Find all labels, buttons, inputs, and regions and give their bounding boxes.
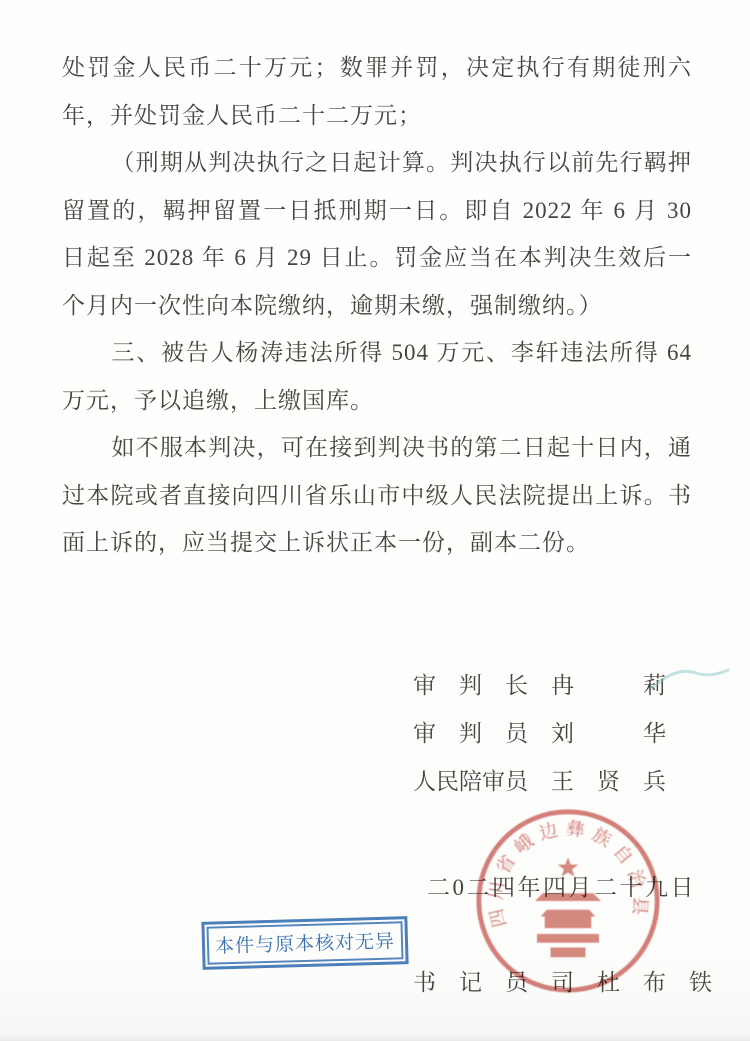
court-judgment-scanned-page: 处罚金人民币二十万元；数罪并罚，决定执行有期徒刑六年，并处罚金人民币二十二万元；… <box>0 0 750 1041</box>
svg-text:四川省峨边彝族自治县人民法院: 四川省峨边彝族自治县人民法院 <box>473 806 650 929</box>
verification-stamp-text: 本件与原本核对无异 <box>207 921 404 964</box>
signature-block: 审 判 长 冉 莉 审 判 员 刘 华 人民陪审员 王 贤 兵 <box>413 662 666 806</box>
signature-judge: 审 判 员 刘 华 <box>413 710 666 758</box>
paragraph-term-calculation: （刑期从判决执行之日起计算。判决执行以前先行羁押留置的，羁押留置一日抵刑期一日。… <box>62 139 692 329</box>
seal-court-name-text: 四川省峨边彝族自治县人民法院 <box>473 806 650 929</box>
paragraph-illegal-gains-recovery: 三、被告人杨涛违法所得 504 万元、李轩违法所得 64 万元，予以追缴，上缴国… <box>62 329 692 424</box>
judgment-body-text: 处罚金人民币二十万元；数罪并罚，决定执行有期徒刑六年，并处罚金人民币二十二万元；… <box>62 44 692 567</box>
signature-presiding-judge: 审 判 长 冉 莉 <box>413 662 666 710</box>
paragraph-appeal-instructions: 如不服本判决，可在接到判决书的第二日起十日内，通过本院或者直接向四川省乐山市中级… <box>62 424 692 567</box>
signature-peoples-assessor: 人民陪审员 王 贤 兵 <box>413 758 666 806</box>
verification-stamp: 本件与原本核对无异 <box>201 916 408 970</box>
signature-court-clerk: 书 记 员 司 杜 布 铁 <box>413 964 712 997</box>
judgment-date: 二0二四年四月二十九日 <box>427 869 696 902</box>
paragraph-fine-and-combined-sentence: 处罚金人民币二十万元；数罪并罚，决定执行有期徒刑六年，并处罚金人民币二十二万元； <box>62 44 692 139</box>
